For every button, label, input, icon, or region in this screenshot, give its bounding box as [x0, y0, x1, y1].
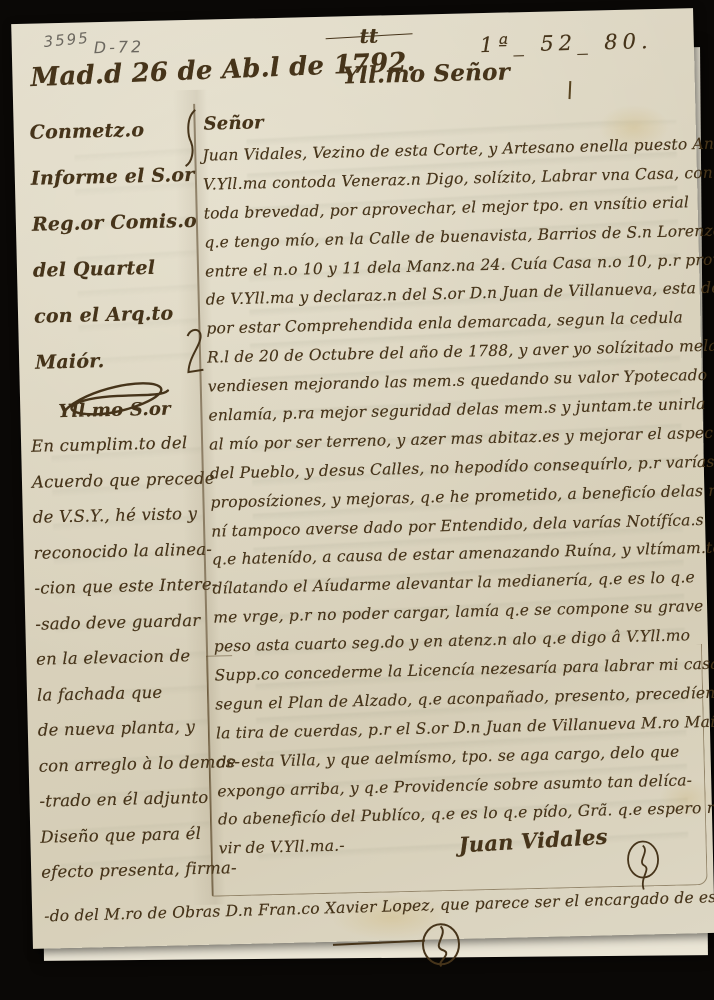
report-line: En cumplim.to del	[31, 425, 202, 464]
margin-report: Yll.mo S.or En cumplim.to delAcuerdo que…	[30, 398, 211, 890]
cancelled-mark: tt	[359, 24, 378, 48]
signature-rubric-flourish	[622, 835, 663, 894]
footer-rubric-flourish	[328, 919, 479, 975]
report-line: con arreglo à lo demos-	[38, 744, 209, 783]
report-line: -cion que este Intere-	[34, 567, 205, 606]
addressee-line: Yll.mo Señor	[342, 58, 510, 89]
photo-background: 3595 D-72 tt 1ª_ 52_ 80. Mad.d 26 de Ab.…	[0, 0, 714, 1000]
decree-line: del Quartel	[32, 244, 201, 294]
margin-decree: Conmetz.oInforme el S.orReg.or Comis.ode…	[29, 106, 203, 386]
petition-body: Juan Vidales, Vezino de esta Corte, y Ar…	[202, 130, 711, 864]
report-heading: Yll.mo S.or	[58, 398, 200, 422]
decree-line: Reg.or Comis.o	[31, 198, 200, 248]
folio-tick-stroke	[568, 81, 570, 99]
archive-number-pencil: 3595	[43, 29, 91, 51]
report-line: -sado deve guardar	[35, 602, 206, 641]
report-line: en la elevacion de	[36, 638, 207, 677]
classification-code-pencil: D-72	[94, 37, 145, 57]
footer-continuation-line: -do del M.ro de Obras D.n Fran.co Xavier…	[44, 888, 714, 926]
decree-line: con el Arq.to	[34, 290, 203, 340]
report-line: -trado en él adjunto	[39, 780, 210, 819]
salutation: Señor	[203, 112, 264, 134]
decree-line: Informe el S.or	[30, 152, 199, 202]
manuscript-page: 3595 D-72 tt 1ª_ 52_ 80. Mad.d 26 de Ab.…	[11, 8, 714, 949]
decree-line: Conmetz.o	[29, 106, 198, 156]
report-line: efecto presenta, firma-	[41, 851, 212, 890]
report-line: de nueva planta, y	[37, 709, 208, 748]
report-line: Diseño que para él	[40, 815, 211, 854]
report-line: reconocido la alinea-	[33, 531, 204, 570]
report-line: la fachada que	[37, 673, 208, 712]
report-line: de V.S.Y., hé visto y	[32, 496, 203, 535]
report-line: Acuerdo que precede	[32, 460, 203, 499]
folio-numbers: 1ª_ 52_ 80.	[480, 29, 653, 57]
